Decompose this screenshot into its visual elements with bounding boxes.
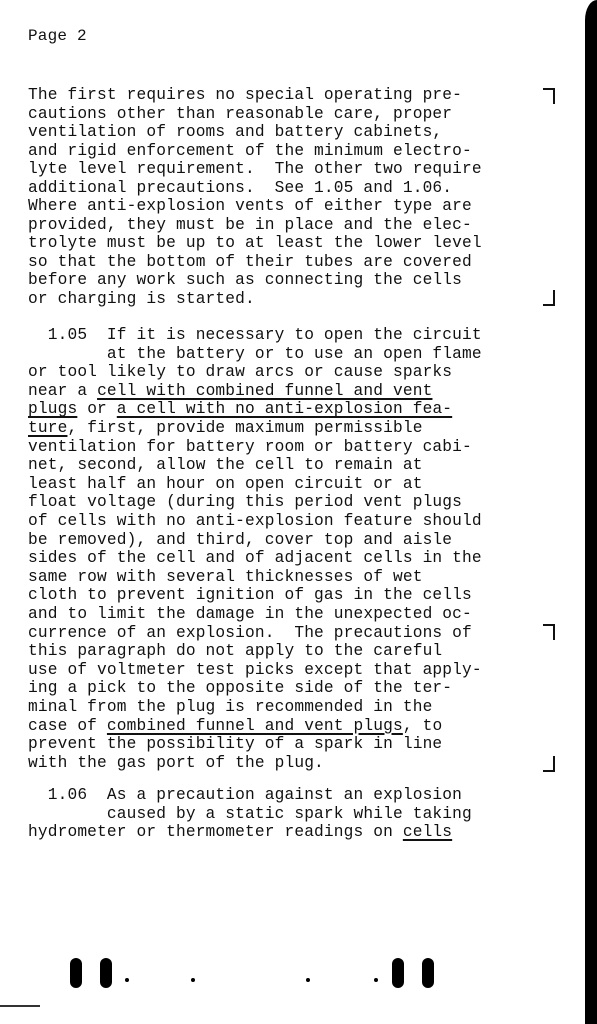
underlined-text: cells <box>403 823 452 841</box>
change-bracket-end-icon <box>541 290 557 310</box>
text-line: least half an hour on open circuit or at <box>28 475 423 493</box>
text-line: net, second, allow the cell to remain at <box>28 456 423 474</box>
page-label: Page 2 <box>28 27 87 45</box>
text-line: so that the bottom of their tubes are co… <box>28 253 472 271</box>
text-line: ventilation for battery room or battery … <box>28 438 472 456</box>
text-line: float voltage (during this period vent p… <box>28 493 462 511</box>
text-line: same row with several thicknesses of wet <box>28 568 423 586</box>
text-line: hydrometer or thermometer readings on ce… <box>28 823 452 841</box>
text-line: be removed), and third, cover top and ai… <box>28 531 452 549</box>
text-line: before any work such as connecting the c… <box>28 271 462 289</box>
text-line: case of combined funnel and vent plugs, … <box>28 717 442 735</box>
text-line: and rigid enforcement of the minimum ele… <box>28 142 472 160</box>
change-bracket-start-icon <box>541 84 557 104</box>
text-line: at the battery or to use an open flame <box>28 345 482 363</box>
text-line: near a cell with combined funnel and ven… <box>28 382 432 400</box>
punch-hole-icon <box>70 958 82 988</box>
speck-icon <box>191 978 195 982</box>
change-bracket-start-icon <box>541 620 557 640</box>
text-line: plugs or a cell with no anti-explosion f… <box>28 400 452 418</box>
text-line: sides of the cell and of adjacent cells … <box>28 549 482 567</box>
text-line: ing a pick to the opposite side of the t… <box>28 679 452 697</box>
text-line: 1.06 As a precaution against an explosio… <box>28 786 462 804</box>
text-line: The first requires no special operating … <box>28 86 462 104</box>
text-line: ventilation of rooms and battery cabinet… <box>28 123 442 141</box>
speck-icon <box>125 978 129 982</box>
text-line: this paragraph do not apply to the caref… <box>28 642 442 660</box>
speck-icon <box>306 978 310 982</box>
text-line: trolyte must be up to at least the lower… <box>28 234 482 252</box>
text-line: prevent the possibility of a spark in li… <box>28 735 442 753</box>
text-line: use of voltmeter test picks except that … <box>28 661 482 679</box>
text-line: and to limit the damage in the unexpecte… <box>28 605 472 623</box>
punch-hole-icon <box>100 958 112 988</box>
punch-hole-icon <box>392 958 404 988</box>
binder-punch-holes <box>0 958 597 988</box>
scan-artifact-line <box>0 1005 40 1007</box>
underlined-text: ture <box>28 419 67 437</box>
text-line: currence of an explosion. The precaution… <box>28 624 472 642</box>
text-line: Where anti-explosion vents of either typ… <box>28 197 472 215</box>
text-line: with the gas port of the plug. <box>28 754 324 772</box>
text-line: cautions other than reasonable care, pro… <box>28 105 452 123</box>
change-bracket-end-icon <box>541 756 557 776</box>
text-line: caused by a static spark while taking <box>28 805 472 823</box>
text-line: cloth to prevent ignition of gas in the … <box>28 586 472 604</box>
text-line: ture, first, provide maximum permissible <box>28 419 423 437</box>
underlined-text: a cell with no anti-explosion fea- <box>117 400 452 418</box>
underlined-text: combined funnel and vent plugs <box>107 717 403 735</box>
punch-hole-icon <box>422 958 434 988</box>
text-line: additional precautions. See 1.05 and 1.0… <box>28 179 452 197</box>
underlined-text: plugs <box>28 400 77 418</box>
speck-icon <box>374 978 378 982</box>
text-line: provided, they must be in place and the … <box>28 216 472 234</box>
text-line: 1.05 If it is necessary to open the circ… <box>28 326 482 344</box>
text-line: or tool likely to draw arcs or cause spa… <box>28 363 452 381</box>
text-line: minal from the plug is recommended in th… <box>28 698 432 716</box>
text-line: or charging is started. <box>28 290 255 308</box>
underlined-text: cell with combined funnel and vent <box>97 382 432 400</box>
scan-page-edge <box>585 0 597 1024</box>
text-line: of cells with no anti-explosion feature … <box>28 512 482 530</box>
text-line: lyte level requirement. The other two re… <box>28 160 482 178</box>
